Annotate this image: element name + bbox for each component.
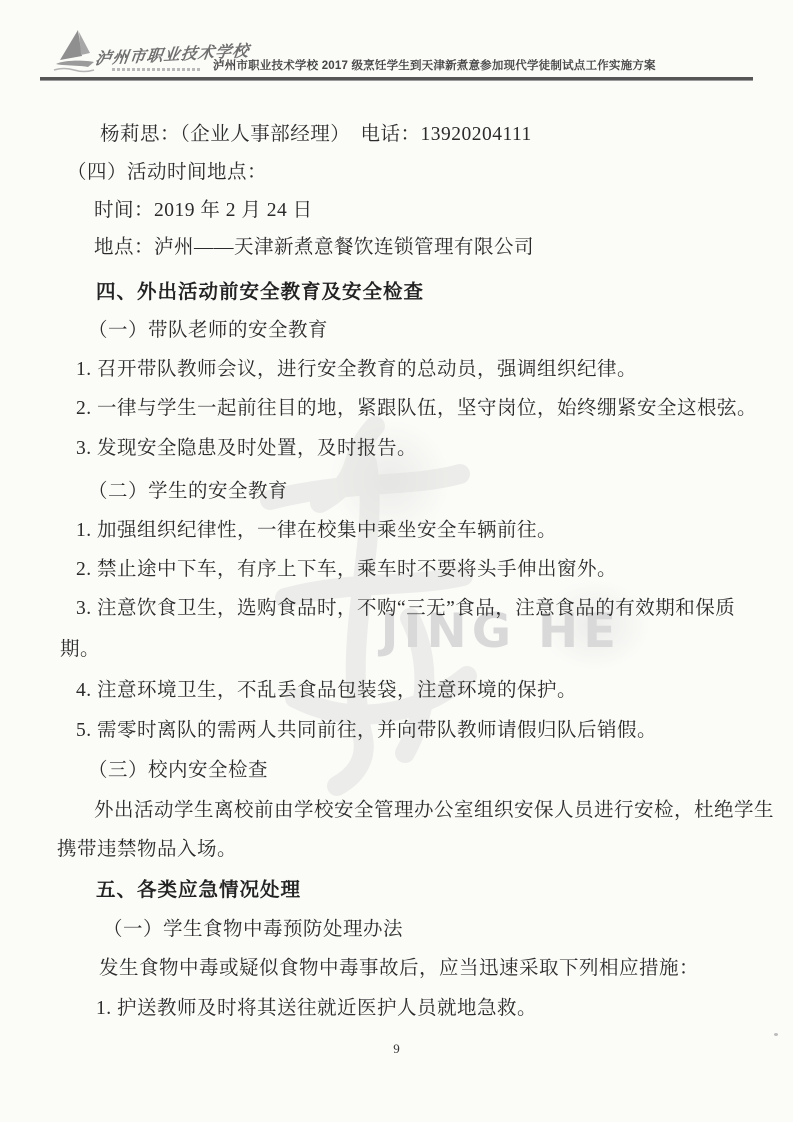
- header-document-title: 泸州市职业技术学校 2017 级烹饪学生到天津新煮意参加现代学徒制试点工作实施方…: [213, 57, 656, 73]
- doc-line-place: 地点：泸州——天津新煮意餐饮连锁管理有限公司: [94, 237, 534, 259]
- doc-line-item: 1. 护送教师及时将其送往就近医护人员就地急救。: [96, 998, 537, 1020]
- doc-line-wrap: 期。: [60, 639, 100, 661]
- doc-line-item: 5. 需零时离队的需两人共同前往，并向带队教师请假归队后销假。: [76, 720, 657, 742]
- school-letterhead: 泸州市职业技术学校: [48, 24, 228, 78]
- doc-line-item: 1. 加强组织纪律性，一律在校集中乘坐安全车辆前往。: [76, 520, 557, 542]
- doc-line-item: 3. 发现安全隐患及时处置，及时报告。: [76, 438, 417, 460]
- section-heading-4: 四、外出活动前安全教育及安全检查: [96, 281, 424, 303]
- subheading-campus-check: （三）校内安全检查: [88, 760, 268, 782]
- header-rule: [40, 77, 753, 80]
- document-page: 泸州市职业技术学校 泸州市职业技术学校 2017 级烹饪学生到天津新煮意参加现代…: [0, 0, 793, 1122]
- doc-line-sub4-title: （四）活动时间地点：: [67, 162, 267, 184]
- doc-line-item: 2. 禁止途中下车，有序上下车，乘车时不要将头手伸出窗外。: [76, 559, 617, 581]
- doc-line-wrap: 携带违禁物品入场。: [57, 839, 237, 861]
- subheading-food-poisoning: （一）学生食物中毒预防处理办法: [103, 919, 403, 941]
- doc-line-item: 1. 召开带队教师会议，进行安全教育的总动员，强调组织纪律。: [76, 359, 637, 381]
- doc-line-body: 外出活动学生离校前由学校安全管理办公室组织安保人员进行安检，杜绝学生: [94, 800, 774, 822]
- subheading-student-safety: （二）学生的安全教育: [88, 481, 288, 503]
- doc-line-item: 2. 一律与学生一起前往目的地，紧跟队伍，坚守岗位，始终绷紧安全这根弦。: [76, 398, 757, 420]
- doc-line-body: 发生食物中毒或疑似食物中毒事故后，应当迅速采取下列相应措施：: [99, 958, 699, 980]
- doc-line-time: 时间：2019 年 2 月 24 日: [94, 200, 313, 222]
- scan-artifact: [774, 1033, 778, 1036]
- doc-line-item: 4. 注意环境卫生，不乱丢食品包装袋，注意环境的保护。: [76, 680, 577, 702]
- section-heading-5: 五、各类应急情况处理: [96, 879, 301, 901]
- page-number: 9: [0, 1041, 793, 1057]
- doc-line-contact: 杨莉思：（企业人事部经理） 电话：13920204111: [100, 124, 532, 146]
- logo-subtitle-line: [112, 68, 200, 71]
- doc-line-item: 3. 注意饮食卫生，选购食品时，不购“三无”食品，注意食品的有效期和保质: [76, 598, 735, 620]
- subheading-teacher-safety: （一）带队老师的安全教育: [88, 320, 328, 342]
